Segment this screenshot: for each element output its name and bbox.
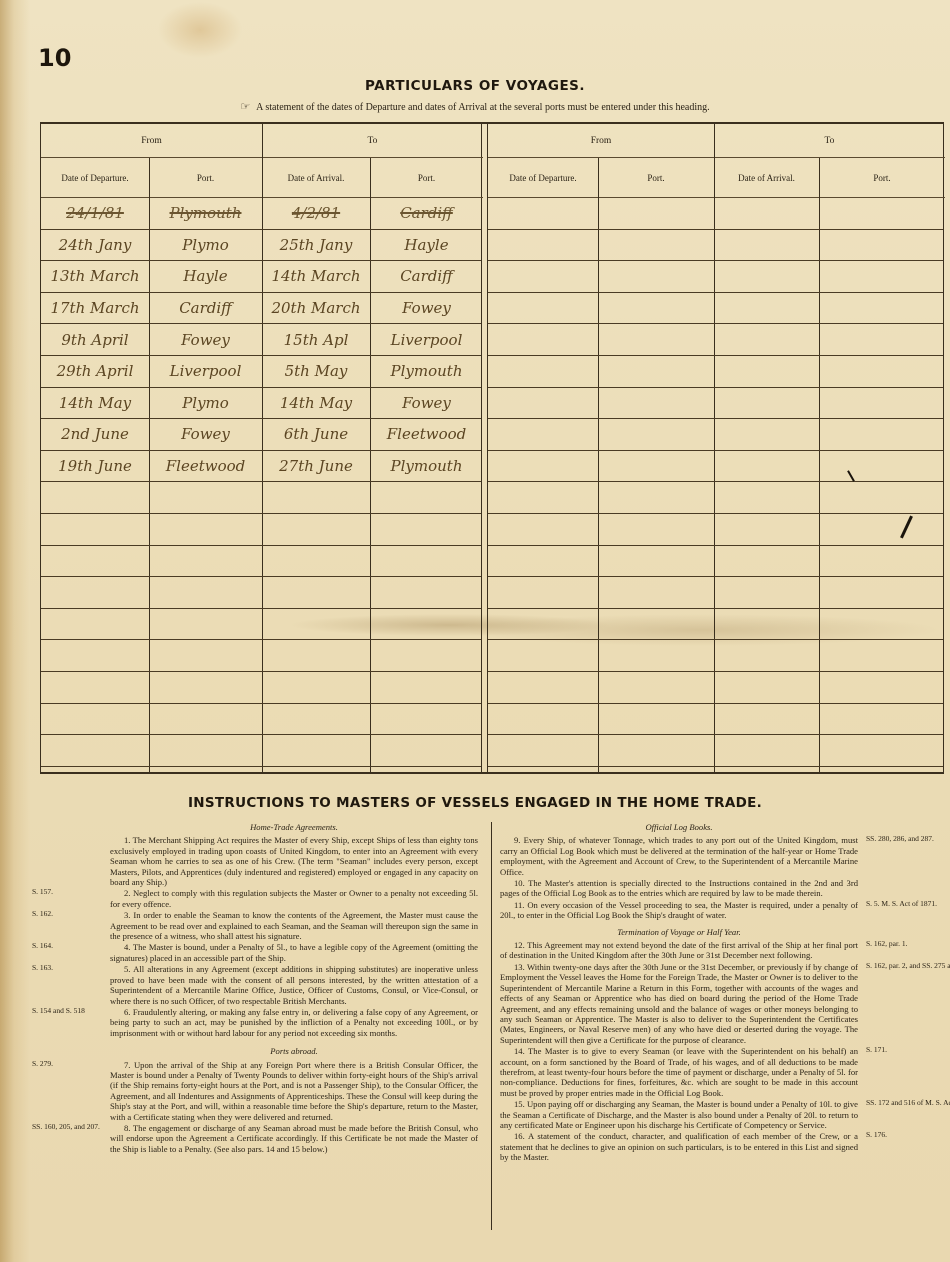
empty-cell — [598, 324, 714, 355]
date-of-departure-cell: 14th May — [41, 388, 149, 419]
date-of-arrival-cell: 20th March — [262, 293, 370, 324]
date-of-arrival-cell — [262, 609, 370, 640]
empty-cell — [488, 672, 598, 703]
voyage-row — [41, 735, 481, 767]
empty-cell — [598, 609, 714, 640]
arrival-port-cell: Liverpool — [370, 324, 483, 355]
instruction-paragraph: SS. 172 and 516 of M. S. Act, 1865.15. U… — [500, 1099, 858, 1130]
statute-reference: S. 162. — [32, 910, 53, 919]
statute-reference: S. 171. — [866, 1046, 887, 1055]
instruction-paragraph: S. 157.2. Neglect to comply with this re… — [110, 888, 478, 909]
arrival-port-cell — [370, 577, 483, 608]
empty-cell — [488, 419, 598, 450]
empty-cell — [598, 514, 714, 545]
voyage-row: 13th MarchHayle14th MarchCardiff — [41, 261, 481, 293]
departure-port-cell: Hayle — [149, 261, 262, 292]
empty-cell — [714, 546, 819, 577]
column-header-port: Port. — [598, 158, 714, 198]
empty-cell — [488, 735, 598, 766]
instruction-paragraph: S. 279.7. Upon the arrival of the Ship a… — [110, 1060, 478, 1122]
arrival-port-cell — [370, 640, 483, 671]
voyage-row — [41, 704, 481, 736]
arrival-port-cell: Cardiff — [370, 261, 483, 292]
section-heading-official-log-books: Official Log Books. — [500, 822, 858, 832]
voyage-row — [41, 546, 481, 578]
instruction-paragraph: S. 171.14. The Master is to give to ever… — [500, 1046, 858, 1098]
date-of-departure-cell — [41, 735, 149, 766]
empty-cell — [598, 546, 714, 577]
empty-cell — [819, 514, 945, 545]
date-of-departure-cell: 24/1/81 — [41, 198, 149, 229]
departure-port-cell: Fleetwood — [149, 451, 262, 482]
departure-port-cell — [149, 546, 262, 577]
instruction-paragraph: SS. 160, 205, and 207.8. The engagement … — [110, 1123, 478, 1154]
date-of-arrival-cell: 27th June — [262, 451, 370, 482]
empty-cell — [819, 451, 945, 482]
column-header-date-of-departure: Date of Departure. — [488, 158, 598, 198]
date-of-arrival-cell — [262, 735, 370, 766]
date-of-departure-cell — [41, 704, 149, 735]
empty-cell — [488, 356, 598, 387]
page-title: PARTICULARS OF VOYAGES. — [0, 78, 950, 94]
voyage-row — [41, 514, 481, 546]
date-of-arrival-cell — [262, 482, 370, 513]
arrival-port-cell: Hayle — [370, 230, 483, 261]
arrival-port-cell: Cardiff — [370, 198, 483, 229]
empty-cell — [488, 482, 598, 513]
empty-cell — [488, 261, 598, 292]
arrival-port-cell: Plymouth — [370, 356, 483, 387]
empty-cell — [598, 482, 714, 513]
empty-cell — [488, 609, 598, 640]
empty-cell — [488, 640, 598, 671]
empty-cell — [819, 293, 945, 324]
voyage-row — [41, 482, 481, 514]
empty-cell — [714, 577, 819, 608]
voyages-rows-right — [488, 198, 943, 772]
voyage-row-empty — [488, 261, 943, 293]
instruction-paragraph: S. 163.5. All alterations in any Agreeme… — [110, 964, 478, 1006]
date-of-departure-cell — [41, 640, 149, 671]
departure-port-cell: Liverpool — [149, 356, 262, 387]
column-divider — [491, 822, 492, 1230]
departure-port-cell: Plymo — [149, 230, 262, 261]
arrival-port-cell — [370, 672, 483, 703]
empty-cell — [714, 704, 819, 735]
empty-cell — [488, 451, 598, 482]
empty-cell — [598, 230, 714, 261]
voyage-row-empty — [488, 324, 943, 356]
empty-cell — [819, 704, 945, 735]
instruction-paragraph: S. 162, par. 2, and SS. 275 and 273.13. … — [500, 962, 858, 1045]
departure-port-cell: Plymo — [149, 388, 262, 419]
voyage-row-empty — [488, 419, 943, 451]
empty-cell — [598, 419, 714, 450]
date-of-arrival-cell — [262, 640, 370, 671]
date-of-arrival-cell — [262, 672, 370, 703]
date-of-departure-cell — [41, 672, 149, 703]
empty-cell — [819, 609, 945, 640]
instructions-right-column: Official Log Books. SS. 280, 286, and 28… — [500, 820, 858, 1164]
statute-reference: S. 157. — [32, 888, 53, 897]
empty-cell — [714, 198, 819, 229]
date-of-arrival-cell — [262, 704, 370, 735]
empty-cell — [714, 672, 819, 703]
statute-reference: S. 176. — [866, 1131, 887, 1140]
date-of-arrival-cell: 14th May — [262, 388, 370, 419]
empty-cell — [488, 577, 598, 608]
arrival-port-cell — [370, 735, 483, 766]
voyages-table-right: From To Date of Departure. Port. Date of… — [487, 124, 944, 772]
statute-reference: SS. 172 and 516 of M. S. Act, 1865. — [866, 1099, 950, 1108]
statute-reference: S. 162, par. 1. — [866, 940, 907, 949]
date-of-departure-cell: 2nd June — [41, 419, 149, 450]
empty-cell — [488, 514, 598, 545]
date-of-departure-cell: 17th March — [41, 293, 149, 324]
departure-port-cell — [149, 514, 262, 545]
empty-cell — [819, 356, 945, 387]
column-header-date-of-arrival: Date of Arrival. — [714, 158, 819, 198]
voyage-row-empty — [488, 609, 943, 641]
voyage-row-empty — [488, 198, 943, 230]
arrival-port-cell: Fowey — [370, 388, 483, 419]
empty-cell — [488, 546, 598, 577]
voyage-row — [41, 640, 481, 672]
pointing-hand-icon: ☞ — [240, 101, 250, 113]
departure-port-cell: Cardiff — [149, 293, 262, 324]
empty-cell — [488, 388, 598, 419]
statute-reference: S. 164. — [32, 942, 53, 951]
voyage-row: 17th MarchCardiff20th MarchFowey — [41, 293, 481, 325]
voyage-row — [41, 672, 481, 704]
voyage-row — [41, 609, 481, 641]
voyage-row: 29th AprilLiverpool5th MayPlymouth — [41, 356, 481, 388]
empty-cell — [819, 735, 945, 766]
group-header-from: From — [41, 124, 262, 158]
section-heading-termination-of-voyage: Termination of Voyage or Half Year. — [500, 927, 858, 937]
empty-cell — [598, 388, 714, 419]
arrival-port-cell — [370, 704, 483, 735]
empty-cell — [714, 356, 819, 387]
column-header-date-of-arrival: Date of Arrival. — [262, 158, 370, 198]
voyage-row-empty — [488, 577, 943, 609]
instruction-paragraph: S. 154 and S. 5186. Fraudulently alterin… — [110, 1007, 478, 1038]
empty-cell — [598, 451, 714, 482]
departure-port-cell — [149, 482, 262, 513]
instructions-left-column: Home-Trade Agreements. 1. The Merchant S… — [110, 820, 478, 1155]
document-page: 10 PARTICULARS OF VOYAGES. ☞ A statement… — [0, 0, 950, 1262]
date-of-departure-cell: 24th Jany — [41, 230, 149, 261]
departure-port-cell — [149, 704, 262, 735]
statute-reference: S. 162, par. 2, and SS. 275 and 273. — [866, 962, 950, 971]
empty-cell — [819, 261, 945, 292]
voyage-row: 19th JuneFleetwood27th JunePlymouth — [41, 451, 481, 483]
instructions-title: INSTRUCTIONS TO MASTERS OF VESSELS ENGAG… — [0, 795, 950, 811]
voyage-row-empty — [488, 451, 943, 483]
empty-cell — [819, 388, 945, 419]
date-of-departure-cell: 9th April — [41, 324, 149, 355]
empty-cell — [714, 735, 819, 766]
voyage-row-empty — [488, 482, 943, 514]
voyage-row-empty — [488, 672, 943, 704]
voyage-row — [41, 577, 481, 609]
date-of-arrival-cell: 15th Apl — [262, 324, 370, 355]
date-of-arrival-cell — [262, 546, 370, 577]
group-header-from: From — [488, 124, 714, 158]
date-of-arrival-cell: 5th May — [262, 356, 370, 387]
column-header-port: Port. — [370, 158, 483, 198]
arrival-port-cell: Fleetwood — [370, 419, 483, 450]
arrival-port-cell: Fowey — [370, 293, 483, 324]
statute-reference: SS. 280, 286, and 287. — [866, 835, 934, 844]
page-number: 10 — [38, 44, 71, 72]
arrival-port-cell — [370, 482, 483, 513]
column-header-port: Port. — [819, 158, 945, 198]
instruction-paragraph: S. 164.4. The Master is bound, under a P… — [110, 942, 478, 963]
voyages-rows-left: 24/1/81Plymouth4/2/81Cardiff24th JanyPly… — [41, 198, 481, 772]
voyage-row: 24th JanyPlymo25th JanyHayle — [41, 230, 481, 262]
subtitle-text: A statement of the dates of Departure an… — [256, 102, 709, 113]
statute-reference: S. 154 and S. 518 — [32, 1007, 85, 1016]
voyage-row-empty — [488, 704, 943, 736]
departure-port-cell: Fowey — [149, 419, 262, 450]
voyage-row-empty — [488, 230, 943, 262]
statute-reference: S. 279. — [32, 1060, 53, 1069]
statute-reference: S. 5. M. S. Act of 1871. — [866, 900, 937, 909]
empty-cell — [488, 324, 598, 355]
departure-port-cell — [149, 609, 262, 640]
voyage-row-empty — [488, 735, 943, 767]
instruction-paragraph: 1. The Merchant Shipping Act requires th… — [110, 835, 478, 887]
voyage-row-empty — [488, 640, 943, 672]
instruction-paragraph: S. 162, par. 1.12. This Agreement may no… — [500, 940, 858, 961]
instruction-paragraph: SS. 280, 286, and 287.9. Every Ship, of … — [500, 835, 858, 877]
date-of-departure-cell — [41, 577, 149, 608]
voyage-row-empty — [488, 356, 943, 388]
section-heading-ports-abroad: Ports abroad. — [110, 1046, 478, 1056]
empty-cell — [598, 735, 714, 766]
empty-cell — [819, 324, 945, 355]
voyage-row-empty — [488, 514, 943, 546]
empty-cell — [819, 482, 945, 513]
empty-cell — [819, 577, 945, 608]
empty-cell — [488, 230, 598, 261]
instruction-paragraph: S. 162.3. In order to enable the Seaman … — [110, 910, 478, 941]
empty-cell — [819, 419, 945, 450]
date-of-departure-cell — [41, 609, 149, 640]
page-subtitle: ☞ A statement of the dates of Departure … — [0, 100, 950, 113]
empty-cell — [598, 577, 714, 608]
voyage-row-empty — [488, 546, 943, 578]
date-of-departure-cell: 29th April — [41, 356, 149, 387]
instruction-paragraph: S. 5. M. S. Act of 1871.11. On every occ… — [500, 900, 858, 921]
date-of-departure-cell — [41, 482, 149, 513]
empty-cell — [598, 704, 714, 735]
departure-port-cell: Plymouth — [149, 198, 262, 229]
empty-cell — [488, 198, 598, 229]
empty-cell — [598, 640, 714, 671]
date-of-arrival-cell — [262, 514, 370, 545]
instruction-paragraph: S. 176.16. A statement of the conduct, c… — [500, 1131, 858, 1162]
empty-cell — [598, 672, 714, 703]
date-of-arrival-cell — [262, 577, 370, 608]
departure-port-cell — [149, 735, 262, 766]
statute-reference: SS. 160, 205, and 207. — [32, 1123, 100, 1132]
group-header-to: To — [714, 124, 945, 158]
empty-cell — [714, 230, 819, 261]
empty-cell — [819, 230, 945, 261]
empty-cell — [488, 704, 598, 735]
empty-cell — [714, 261, 819, 292]
empty-cell — [819, 198, 945, 229]
arrival-port-cell — [370, 546, 483, 577]
empty-cell — [714, 293, 819, 324]
arrival-port-cell — [370, 514, 483, 545]
date-of-arrival-cell: 6th June — [262, 419, 370, 450]
departure-port-cell — [149, 672, 262, 703]
date-of-departure-cell: 13th March — [41, 261, 149, 292]
empty-cell — [714, 324, 819, 355]
voyage-row: 9th AprilFowey15th AplLiverpool — [41, 324, 481, 356]
voyage-row-empty — [488, 293, 943, 325]
departure-port-cell: Fowey — [149, 324, 262, 355]
empty-cell — [598, 198, 714, 229]
date-of-departure-cell — [41, 514, 149, 545]
empty-cell — [819, 672, 945, 703]
date-of-arrival-cell: 14th March — [262, 261, 370, 292]
instruction-paragraph: 10. The Master's attention is specially … — [500, 878, 858, 899]
voyages-table-left: From To Date of Departure. Port. Date of… — [40, 124, 482, 772]
empty-cell — [819, 640, 945, 671]
date-of-departure-cell — [41, 546, 149, 577]
departure-port-cell — [149, 640, 262, 671]
empty-cell — [714, 514, 819, 545]
column-header-date-of-departure: Date of Departure. — [41, 158, 149, 198]
date-of-departure-cell: 19th June — [41, 451, 149, 482]
empty-cell — [598, 261, 714, 292]
column-header-port: Port. — [149, 158, 262, 198]
empty-cell — [598, 293, 714, 324]
empty-cell — [714, 388, 819, 419]
empty-cell — [488, 293, 598, 324]
voyages-table: From To Date of Departure. Port. Date of… — [40, 122, 944, 774]
empty-cell — [714, 640, 819, 671]
arrival-port-cell: Plymouth — [370, 451, 483, 482]
voyage-row-empty — [488, 388, 943, 420]
section-heading-home-trade-agreements: Home-Trade Agreements. — [110, 822, 478, 832]
arrival-port-cell — [370, 609, 483, 640]
date-of-arrival-cell: 25th Jany — [262, 230, 370, 261]
empty-cell — [714, 609, 819, 640]
group-header-to: To — [262, 124, 483, 158]
empty-cell — [598, 356, 714, 387]
departure-port-cell — [149, 577, 262, 608]
date-of-arrival-cell: 4/2/81 — [262, 198, 370, 229]
voyage-row: 2nd JuneFowey6th JuneFleetwood — [41, 419, 481, 451]
voyage-row: 24/1/81Plymouth4/2/81Cardiff — [41, 198, 481, 230]
empty-cell — [714, 482, 819, 513]
empty-cell — [819, 546, 945, 577]
statute-reference: S. 163. — [32, 964, 53, 973]
empty-cell — [714, 419, 819, 450]
voyage-row: 14th MayPlymo14th MayFowey — [41, 388, 481, 420]
empty-cell — [714, 451, 819, 482]
